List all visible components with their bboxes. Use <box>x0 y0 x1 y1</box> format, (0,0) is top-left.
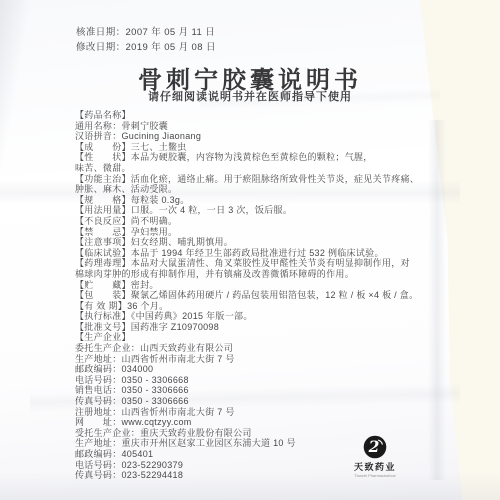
field-precautions: 【注意事项】妇女经期、哺乳期慎用。 <box>75 237 445 248</box>
field-pharmacology-line2: 棉球肉芽肿的形成有抑制作用，并有镇痛及改善微循环障碍的作用。 <box>75 269 445 280</box>
field-pharmacology-line1: 【药理毒理】本品对大鼠蛋清性、角叉菜胶性及甲醛性关节炎有明显抑制作用，对 <box>75 258 445 269</box>
field-storage: 【贮 藏】密封。 <box>75 280 445 291</box>
field-adverse-reactions: 【不良反应】尚不明确。 <box>75 216 445 227</box>
field-indications-line1: 【功能主治】活血化瘀，通络止痛。用于瘀阻脉络所致骨性关节炎，症见关节疼痛、 <box>75 174 445 185</box>
field-clinical-trial: 【临床试验】本品于 1994 年经卫生部药政局批准进行过 532 例临床试验。 <box>75 248 445 259</box>
registered-address-line: 注册地址：山西省忻州市南北大街 7 号 <box>75 407 445 418</box>
page-subtitle: 请仔细阅读说明书并在医师指导下使用 <box>0 88 500 104</box>
field-manufacturer-header: 【生产企业】 <box>75 332 445 343</box>
field-specification: 【规 格】每粒装 0.3g。 <box>75 195 445 206</box>
field-contraindications: 【禁 忌】孕妇禁用。 <box>75 227 445 238</box>
production-address-shanxi: 生产地址：山西省忻州市南北大街 7 号 <box>75 354 445 365</box>
phone-number-shanxi: 电话号码：0350 - 3306668 <box>75 375 445 386</box>
leaflet-photo: 核准日期：2007 年 05 月 11 日 修改日期：2019 年 05 月 0… <box>0 0 500 500</box>
postal-code-shanxi: 邮政编码：034000 <box>75 364 445 375</box>
tianzhi-logo: 2 天致药业 Tianzhi Pharmaceutical <box>350 435 400 478</box>
sales-phone-shanxi: 销售电话：0350 - 3306666 <box>75 385 445 396</box>
entrusting-company-line: 委托生产企业：山西天致药业有限公司 <box>75 343 445 354</box>
approval-date-line: 核准日期：2007 年 05 月 11 日 <box>76 25 216 40</box>
field-packaging: 【包 装】聚氯乙烯固体药用硬片 / 药品包装用铝箔包装，12 粒 / 板 ×4 … <box>75 290 445 301</box>
field-properties-line1: 【性 状】本品为硬胶囊，内容物为浅黄棕色至黄棕色的颗粒；气腥， <box>75 152 445 163</box>
logo-company-subtext: Tianzhi Pharmaceutical <box>353 473 398 478</box>
revision-date-line: 修改日期：2019 年 05 月 08 日 <box>76 40 216 55</box>
fax-number-shanxi: 传真号码：0350 - 3306666 <box>75 396 445 407</box>
field-dosage: 【用法用量】口服。一次 4 粒，一日 3 次，饭后服。 <box>75 205 445 216</box>
pinyin-name-line: 汉语拼音：Gucining Jiaonang <box>75 131 445 142</box>
field-indications-line2: 肿胀、麻木、活动受限。 <box>75 184 445 195</box>
date-block: 核准日期：2007 年 05 月 11 日 修改日期：2019 年 05 月 0… <box>76 25 216 55</box>
generic-name-line: 通用名称：骨刺宁胶囊 <box>75 121 445 132</box>
tianzhi-logo-mark-icon: 2 <box>363 435 387 459</box>
leaflet-body: 【药品名称】 通用名称：骨刺宁胶囊 汉语拼音：Gucining Jiaonang… <box>75 110 445 481</box>
field-properties-line2: 味苦、微甜。 <box>75 163 445 174</box>
field-drug-name-header: 【药品名称】 <box>75 110 445 121</box>
website-line: 网 址：www.cqtzyy.com <box>75 417 445 428</box>
svg-text:2: 2 <box>368 437 380 456</box>
field-execution-standard: 【执行标准】《中国药典》2015 年版一部。 <box>75 311 445 322</box>
logo-company-name: 天致药业 <box>350 460 400 473</box>
field-ingredients: 【成 份】三七、土鳖虫 <box>75 142 445 153</box>
field-validity-period: 【有 效 期】36 个月。 <box>75 301 445 312</box>
field-approval-number: 【批准文号】国药准字 Z10970098 <box>75 322 445 333</box>
